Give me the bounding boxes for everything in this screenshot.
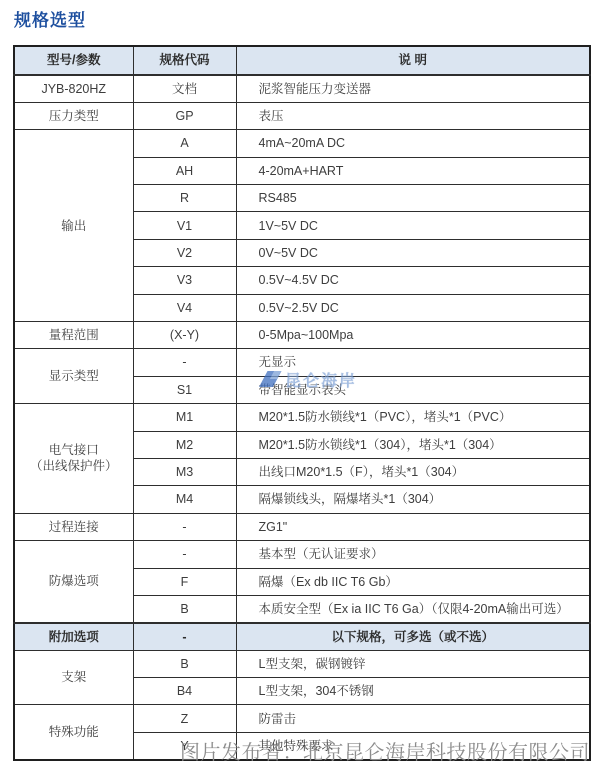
desc-cell: 其他特殊要求 [236,732,590,759]
code-cell: B [133,595,236,622]
code-cell: F [133,568,236,595]
desc-cell: M20*1.5防水锁线*1（304），堵头*1（304） [236,431,590,458]
col-description-header: 说 明 [236,46,590,75]
desc-cell: M20*1.5防水锁线*1（PVC），堵头*1（PVC） [236,404,590,431]
code-cell: A [133,130,236,157]
desc-cell: 0.5V~2.5V DC [236,294,590,321]
param-cell: 附加选项 [14,623,133,650]
code-cell: V4 [133,294,236,321]
table-row: 防爆选项-基本型（无认证要求） [14,541,590,568]
desc-cell: 出线口M20*1.5（F），堵头*1（304） [236,458,590,485]
desc-cell: L型支架，碳钢镀锌 [236,650,590,677]
desc-cell: L型支架，304不锈钢 [236,678,590,705]
desc-cell: ZG1" [236,513,590,540]
desc-cell: 0V~5V DC [236,239,590,266]
table-row: 量程范围(X-Y)0-5Mpa~100Mpa [14,322,590,349]
code-cell: M2 [133,431,236,458]
code-cell: Y [133,732,236,759]
code-cell: AH [133,157,236,184]
code-cell: GP [133,102,236,129]
table-row: 输出A4mA~20mA DC [14,130,590,157]
col-spec-code-header: 规格代码 [133,46,236,75]
desc-cell: 0-5Mpa~100Mpa [236,322,590,349]
code-cell: - [133,349,236,376]
table-row: JYB-820HZ文档泥浆智能压力变送器 [14,75,590,102]
table-row: 显示类型-无显示 [14,349,590,376]
desc-cell: 0.5V~4.5V DC [236,267,590,294]
col-model-param-header: 型号/参数 [14,46,133,75]
param-cell: 显示类型 [14,349,133,404]
desc-cell: 泥浆智能压力变送器 [236,75,590,102]
code-cell: Z [133,705,236,732]
code-cell: V1 [133,212,236,239]
table-row: 压力类型GP表压 [14,102,590,129]
param-cell: 特殊功能 [14,705,133,760]
code-cell: - [133,623,236,650]
param-cell: 电气接口 （出线保护件） [14,404,133,514]
code-cell: V3 [133,267,236,294]
spec-table: 型号/参数 规格代码 说 明 JYB-820HZ文档泥浆智能压力变送器压力类型G… [13,45,591,761]
spec-table-body: JYB-820HZ文档泥浆智能压力变送器压力类型GP表压输出A4mA~20mA … [14,75,590,760]
table-row: 附加选项-以下规格，可多选（或不选） [14,623,590,650]
param-cell: 支架 [14,650,133,705]
desc-cell: 防雷击 [236,705,590,732]
param-cell: JYB-820HZ [14,75,133,102]
desc-cell: 1V~5V DC [236,212,590,239]
table-row: 支架BL型支架，碳钢镀锌 [14,650,590,677]
desc-cell: 表压 [236,102,590,129]
code-cell: - [133,541,236,568]
table-row: 电气接口 （出线保护件）M1M20*1.5防水锁线*1（PVC），堵头*1（PV… [14,404,590,431]
desc-cell: 4mA~20mA DC [236,130,590,157]
code-cell: 文档 [133,75,236,102]
desc-cell: 基本型（无认证要求） [236,541,590,568]
desc-cell: 以下规格，可多选（或不选） [236,623,590,650]
desc-cell: RS485 [236,185,590,212]
desc-cell: 隔爆（Ex db IIC T6 Gb） [236,568,590,595]
code-cell: S1 [133,376,236,403]
code-cell: M3 [133,458,236,485]
desc-cell: 本质安全型（Ex ia IIC T6 Ga）（仅限4-20mA输出可选） [236,595,590,622]
param-cell: 量程范围 [14,322,133,349]
code-cell: M1 [133,404,236,431]
code-cell: B4 [133,678,236,705]
code-cell: (X-Y) [133,322,236,349]
code-cell: R [133,185,236,212]
desc-cell: 4-20mA+HART [236,157,590,184]
param-cell: 防爆选项 [14,541,133,623]
param-cell: 过程连接 [14,513,133,540]
param-cell: 压力类型 [14,102,133,129]
table-row: 过程连接-ZG1" [14,513,590,540]
page-title: 规格选型 [14,6,86,31]
param-cell: 输出 [14,130,133,322]
table-row: 特殊功能Z防雷击 [14,705,590,732]
code-cell: - [133,513,236,540]
desc-cell: 隔爆锁线头，隔爆堵头*1（304） [236,486,590,513]
code-cell: V2 [133,239,236,266]
desc-cell: 无显示 [236,349,590,376]
desc-cell: 带智能显示表头 [236,376,590,403]
code-cell: M4 [133,486,236,513]
table-header-row: 型号/参数 规格代码 说 明 [14,46,590,75]
code-cell: B [133,650,236,677]
